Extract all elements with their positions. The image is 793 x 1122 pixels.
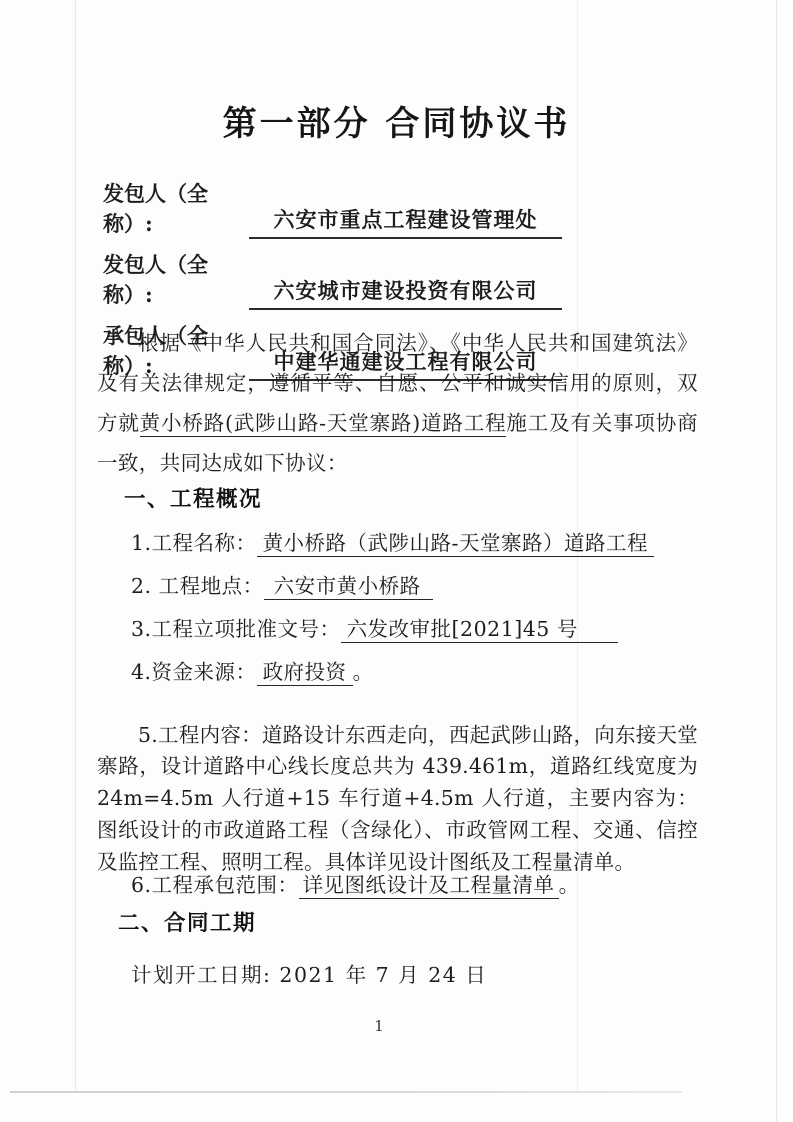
document-title: 第一部分 合同协议书	[0, 96, 793, 145]
item-label: 1.工程名称：	[131, 531, 257, 555]
item-contract-scope: 6.工程承包范围：详见图纸设计及工程量清单。	[131, 869, 579, 901]
item-suffix: 。	[353, 660, 374, 684]
item-value-underlined: 详见图纸设计及工程量清单	[299, 873, 559, 899]
scan-edge-bottom-line	[10, 1091, 682, 1093]
page-number: 1	[0, 1017, 758, 1035]
item-project-location: 2. 工程地点：六安市黄小桥路	[131, 570, 711, 602]
item-project-content: 5.工程内容：道路设计东西走向，西起武陟山路，向东接天堂寨路，设计道路中心线长度…	[97, 720, 698, 879]
project-name-underlined: 黄小桥路(武陟山路-天堂寨路)道路工程	[140, 411, 507, 437]
item-value-underlined: 政府投资	[257, 660, 353, 686]
scan-edge-left-line	[75, 0, 76, 1093]
section2-heading: 二、合同工期	[118, 906, 256, 937]
item-project-name: 1.工程名称：黄小桥路（武陟山路-天堂寨路）道路工程	[131, 527, 711, 559]
item-suffix: 。	[559, 873, 580, 897]
item-label: 4.资金来源：	[131, 660, 257, 684]
planned-start-date: 计划开工日期: 2021 年 7 月 24 日	[131, 958, 487, 988]
item-value-underlined: 黄小桥路（武陟山路-天堂寨路）道路工程	[257, 531, 654, 557]
document-page: 第一部分 合同协议书 发包人（全称）: 六安市重点工程建设管理处 发包人（全称）…	[0, 0, 793, 1122]
item-funding-source: 4.资金来源：政府投资。	[131, 656, 711, 688]
item-label: 5.工程内容：	[138, 723, 262, 747]
section1-heading: 一、工程概况	[124, 482, 262, 513]
party-label: 发包人（全称）:	[103, 250, 249, 310]
item-label: 3.工程立项批准文号：	[131, 617, 341, 641]
item-approval-number: 3.工程立项批准文号：六发改审批[2021]45 号	[131, 613, 711, 645]
party-value-underlined: 六安市重点工程建设管理处	[249, 205, 562, 239]
preamble-paragraph: 根据《中华人民共和国合同法》、《中华人民共和国建筑法》及有关法律规定，遵循平等、…	[97, 323, 698, 483]
item-label: 6.工程承包范围：	[131, 873, 299, 897]
party-row-employer-2: 发包人（全称）: 六安城市建设投资有限公司	[103, 250, 562, 310]
section1-items: 1.工程名称：黄小桥路（武陟山路-天堂寨路）道路工程 2. 工程地点：六安市黄小…	[131, 527, 711, 699]
item-label: 2. 工程地点：	[131, 574, 264, 598]
scan-edge-right-line	[776, 0, 777, 1122]
item-value-underlined: 六发改审批[2021]45 号	[341, 617, 618, 643]
party-row-employer-1: 发包人（全称）: 六安市重点工程建设管理处	[103, 179, 562, 239]
party-label: 发包人（全称）:	[103, 179, 249, 239]
party-value-underlined: 六安城市建设投资有限公司	[249, 276, 562, 310]
item-value-underlined: 六安市黄小桥路	[264, 574, 433, 600]
